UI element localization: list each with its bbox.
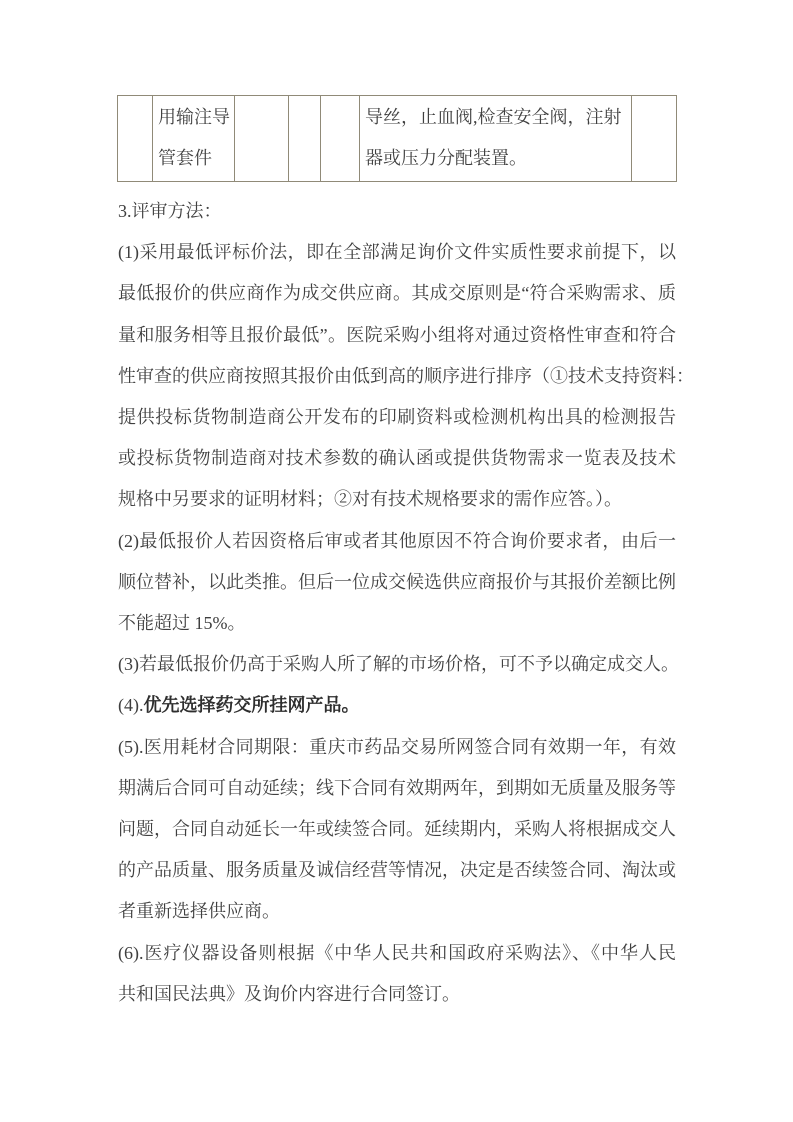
doc-line-7: 规格中另要求的证明材料；②对有技术规格要求的需作应答。）。 <box>118 479 676 520</box>
doc-line-18: (6).医疗仪器设备则根据《中华人民共和国政府采购法》、《中华人民 <box>118 933 676 974</box>
product-name-line2: 管套件 <box>158 138 230 179</box>
doc-line-13: (5).医用耗材合同期限：重庆市药品交易所网签合同有效期一年，有效 <box>118 727 676 768</box>
document-body: 3.评审方法： (1)采用最低评标价法，即在全部满足询价文件实质性要求前提下，以… <box>118 191 676 1015</box>
doc-line-1: (1)采用最低评标价法，即在全部满足询价文件实质性要求前提下，以 <box>118 232 676 273</box>
doc-line-2: 最低报价的供应商作为成交供应商。其成交原则是“符合采购需求、质 <box>118 273 676 314</box>
doc-line-6: 或投标货物制造商对技术参数的确认函或提供货物需求一览表及技术 <box>118 438 676 479</box>
doc-line-14: 期满后合同可自动延续；线下合同有效期两年，到期如无质量及服务等 <box>118 768 676 809</box>
section-heading: 3.评审方法： <box>118 191 676 232</box>
doc-line-17: 者重新选择供应商。 <box>118 891 676 932</box>
continuation-table: 用输注导 管套件 导丝，止血阀,检查安全阀，注射 器或压力分配装置。 <box>117 95 677 182</box>
description-line2: 器或压力分配装置。 <box>365 138 627 179</box>
item-4-bold-text: 优先选择药交所挂网产品。 <box>144 695 360 715</box>
document-page: { "colors": { "background": "#ffffff", "… <box>0 0 793 1122</box>
doc-line-12: (4).优先选择药交所挂网产品。 <box>118 685 676 726</box>
doc-line-3: 量和服务相等且报价最低”。医院采购小组将对通过资格性审查和符合 <box>118 315 676 356</box>
table-row: 用输注导 管套件 导丝，止血阀,检查安全阀，注射 器或压力分配装置。 <box>118 96 677 182</box>
doc-line-10: 不能超过 15%。 <box>118 603 676 644</box>
doc-line-19: 共和国民法典》及询价内容进行合同签订。 <box>118 974 676 1015</box>
cell-description: 导丝，止血阀,检查安全阀，注射 器或压力分配装置。 <box>360 96 632 182</box>
doc-line-11: (3)若最低报价仍高于采购人所了解的市场价格，可不予以确定成交人。 <box>118 644 676 685</box>
spec-table: 用输注导 管套件 导丝，止血阀,检查安全阀，注射 器或压力分配装置。 <box>117 95 677 182</box>
description-line1: 导丝，止血阀,检查安全阀，注射 <box>365 97 627 138</box>
cell-empty-1 <box>235 96 289 182</box>
cell-empty-2 <box>289 96 321 182</box>
product-name-line1: 用输注导 <box>158 97 230 138</box>
cell-seq-empty <box>118 96 153 182</box>
doc-line-15: 问题，合同自动延长一年或续签合同。延续期内，采购人将根据成交人 <box>118 809 676 850</box>
doc-line-16: 的产品质量、服务质量及诚信经营等情况，决定是否续签合同、淘汰或 <box>118 850 676 891</box>
item-4-prefix: (4). <box>118 695 144 715</box>
cell-empty-3 <box>321 96 360 182</box>
doc-line-8: (2)最低报价人若因资格后审或者其他原因不符合询价要求者，由后一 <box>118 521 676 562</box>
cell-empty-4 <box>632 96 677 182</box>
cell-product-name: 用输注导 管套件 <box>153 96 235 182</box>
doc-line-4: 性审查的供应商按照其报价由低到高的顺序进行排序（①技术支持资料： <box>118 356 676 397</box>
doc-line-5: 提供投标货物制造商公开发布的印刷资料或检测机构出具的检测报告 <box>118 397 676 438</box>
doc-line-9: 顺位替补，以此类推。但后一位成交候选供应商报价与其报价差额比例 <box>118 562 676 603</box>
